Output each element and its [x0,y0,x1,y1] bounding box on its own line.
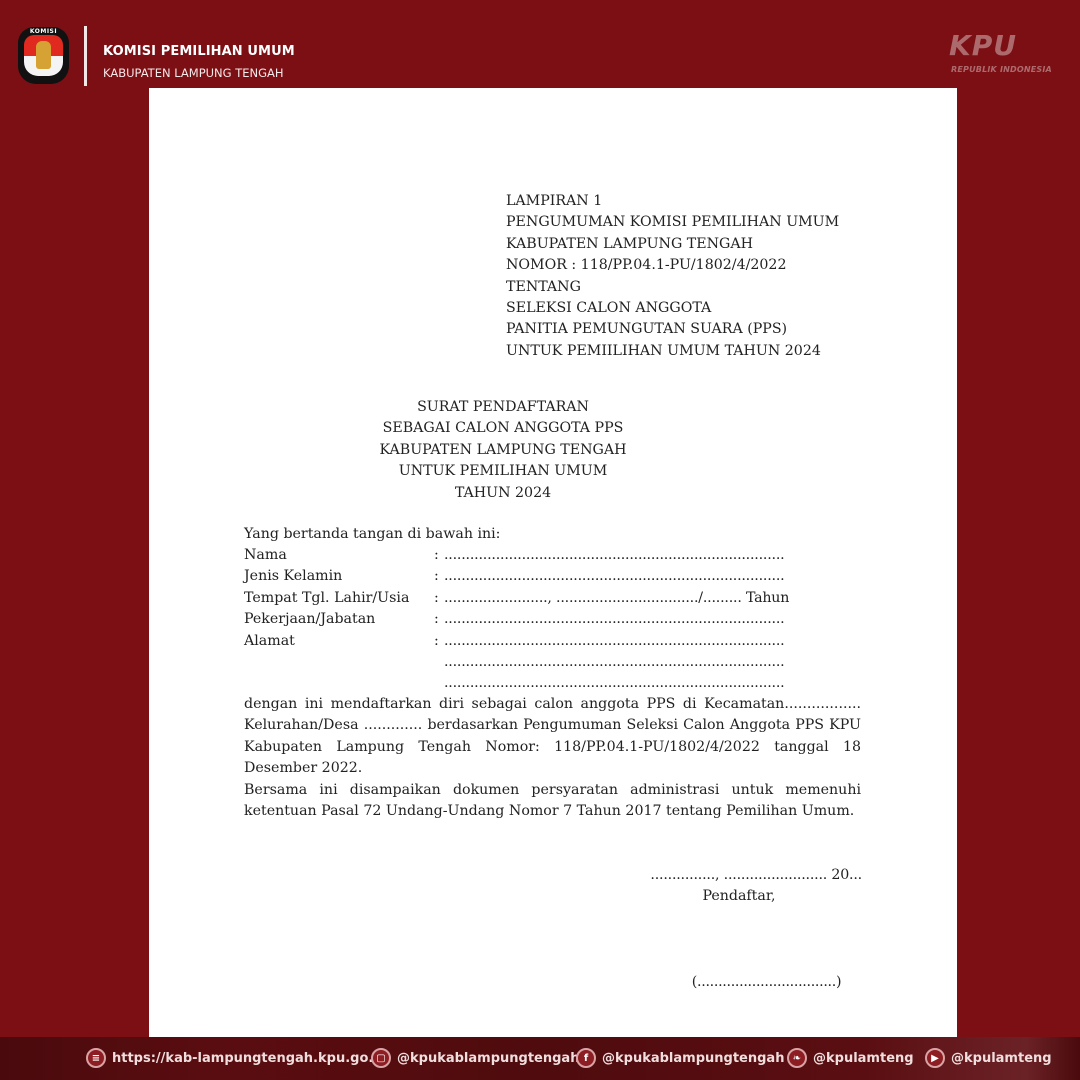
field-row-jenis-kelamin: Jenis Kelamin : ........................… [244,566,864,587]
signer-label: Pendaftar, [604,886,874,907]
web-icon: ≡ [86,1048,106,1068]
garuda-emblem-icon [36,41,51,69]
footer-youtube-text: @kpulamteng [951,1051,1052,1066]
attachment-line: LAMPIRAN 1 [506,191,839,212]
field-row-tempat-tgl-lahir: Tempat Tgl. Lahir/Usia : ...............… [244,588,864,609]
field-row-alamat-2: ........................................… [244,652,864,673]
title-line: UNTUK PEMILIHAN UMUM [349,461,657,482]
title-line: KABUPATEN LAMPUNG TENGAH [349,440,657,461]
header-divider [84,26,87,86]
footer-facebook-link[interactable]: f @kpukablampungtengah [576,1046,784,1070]
logo-text: KOMISI [18,28,69,35]
attachment-line: NOMOR : 118/PP.04.1-PU/1802/4/2022 [506,255,839,276]
kpu-watermark-title: KPU [949,32,1017,60]
footer-instagram-text: @kpukablampungtengah [397,1051,579,1066]
field-label [244,652,434,673]
kpu-logo-icon: KOMISI [18,27,69,84]
kpu-watermark-subtitle: REPUBLIK INDONESIA [951,65,1052,74]
field-label: Alamat [244,631,434,652]
document-title: SURAT PENDAFTARAN SEBAGAI CALON ANGGOTA … [349,397,657,504]
requirements-paragraph: Bersama ini disampaikan dokumen persyara… [244,780,861,823]
field-colon [434,652,444,673]
twitter-icon: ❧ [787,1048,807,1068]
footer-facebook-text: @kpukablampungtengah [602,1051,784,1066]
footer-twitter-link[interactable]: ❧ @kpulamteng [787,1046,914,1070]
field-blank: ........................................… [444,566,864,587]
org-name: KOMISI PEMILIHAN UMUM [103,44,295,59]
attachment-line: UNTUK PEMIILIHAN UMUM TAHUN 2024 [506,341,839,362]
instagram-icon: ▢ [371,1048,391,1068]
field-colon: : [434,545,444,566]
facebook-icon: f [576,1048,596,1068]
field-colon: : [434,609,444,630]
form-fields: Nama : .................................… [244,545,864,695]
field-blank: ........................................… [444,652,864,673]
signature-line: (.................................) [604,972,929,993]
field-blank: ........................................… [444,609,864,630]
title-line: TAHUN 2024 [349,483,657,504]
field-label [244,673,434,694]
field-blank: ........................................… [444,673,864,694]
footer-twitter-text: @kpulamteng [813,1051,914,1066]
field-colon: : [434,588,444,609]
field-blank: ........................................… [444,545,864,566]
field-row-alamat-3: ........................................… [244,673,864,694]
title-line: SEBAGAI CALON ANGGOTA PPS [349,418,657,439]
field-colon: : [434,566,444,587]
field-colon: : [434,631,444,652]
field-label: Nama [244,545,434,566]
field-blank: ........................, ..............… [444,588,864,609]
title-line: SURAT PENDAFTARAN [349,397,657,418]
footer-instagram-link[interactable]: ▢ @kpukablampungtengah [371,1046,579,1070]
field-row-alamat: Alamat : ...............................… [244,631,864,652]
body-text: dengan ini mendaftarkan diri sebagai cal… [244,694,861,822]
place-date-line: ..............., .......................… [604,865,862,886]
field-row-pekerjaan: Pekerjaan/Jabatan : ....................… [244,609,864,630]
footer-website-link[interactable]: ≡ https://kab-lampungtengah.kpu.go.id [86,1046,387,1070]
footer-bar: ≡ https://kab-lampungtengah.kpu.go.id ▢ … [0,1037,1080,1080]
field-label: Pekerjaan/Jabatan [244,609,434,630]
attachment-header: LAMPIRAN 1 PENGUMUMAN KOMISI PEMILIHAN U… [506,191,839,362]
footer-youtube-link[interactable]: ▶ @kpulamteng [925,1046,1052,1070]
intro-text: Yang bertanda tangan di bawah ini: [244,524,500,545]
document-page: LAMPIRAN 1 PENGUMUMAN KOMISI PEMILIHAN U… [149,88,957,1037]
attachment-line: TENTANG [506,277,839,298]
attachment-line: SELEKSI CALON ANGGOTA [506,298,839,319]
org-subtitle: KABUPATEN LAMPUNG TENGAH [103,66,284,80]
youtube-icon: ▶ [925,1048,945,1068]
field-blank: ........................................… [444,631,864,652]
attachment-line: KABUPATEN LAMPUNG TENGAH [506,234,839,255]
field-label: Tempat Tgl. Lahir/Usia [244,588,434,609]
registration-paragraph: dengan ini mendaftarkan diri sebagai cal… [244,694,861,780]
field-label: Jenis Kelamin [244,566,434,587]
header: KOMISI KOMISI PEMILIHAN UMUM KABUPATEN L… [0,0,1080,88]
attachment-line: PANITIA PEMUNGUTAN SUARA (PPS) [506,319,839,340]
attachment-line: PENGUMUMAN KOMISI PEMILIHAN UMUM [506,212,839,233]
field-colon [434,673,444,694]
footer-website-text: https://kab-lampungtengah.kpu.go.id [112,1051,387,1066]
field-row-nama: Nama : .................................… [244,545,864,566]
